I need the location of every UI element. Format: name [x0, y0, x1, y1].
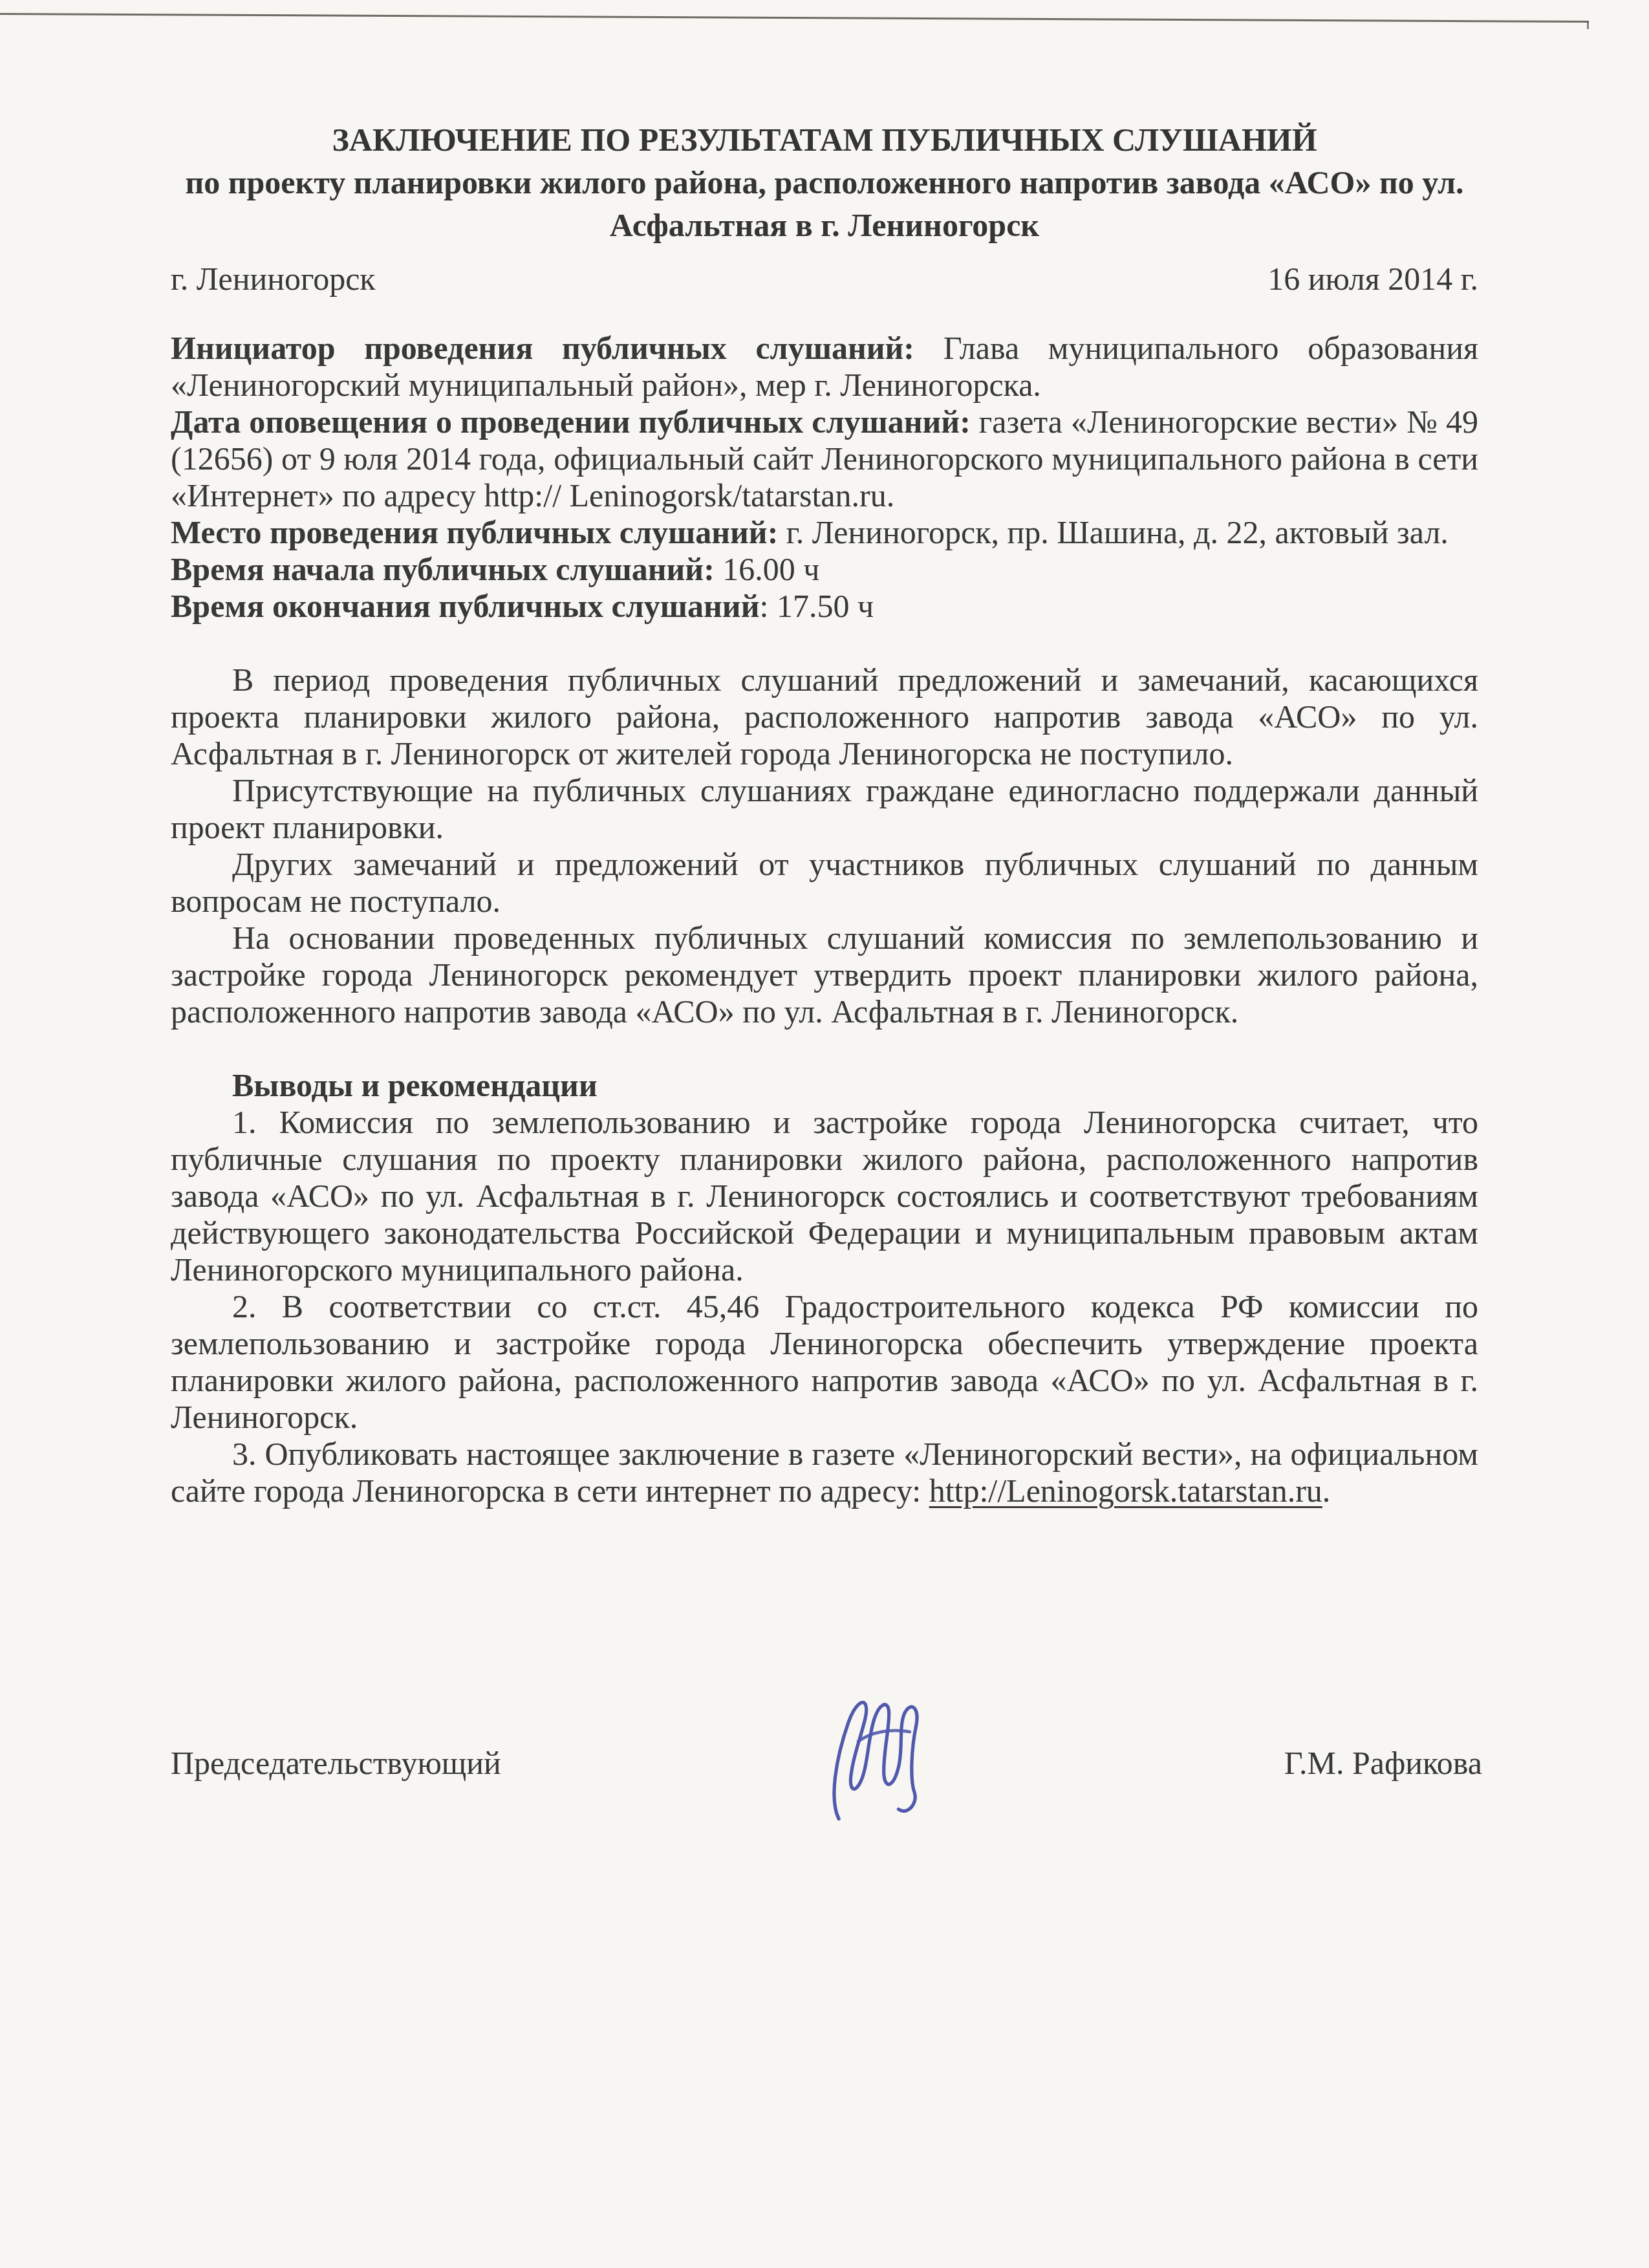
- dateline: г. Лениногорск 16 июля 2014 г.: [171, 261, 1478, 297]
- field-start-time-label: Время начала публичных слушаний:: [171, 551, 715, 587]
- paragraph-no-other-remarks: Других замечаний и предложений от участн…: [171, 846, 1478, 920]
- field-location-value: г. Лениногорск, пр. Шашина, д. 22, актов…: [778, 514, 1449, 550]
- spacer: [171, 1030, 1478, 1067]
- document-body: ЗАКЛЮЧЕНИЕ ПО РЕЗУЛЬТАТАМ ПУБЛИЧНЫХ СЛУШ…: [171, 118, 1478, 1509]
- conclusion-item-2: 2. В соответствии со ст.ст. 45,46 Градос…: [171, 1288, 1478, 1436]
- scan-edge-line-tick: [1587, 21, 1589, 29]
- field-initiator: Инициатор проведения публичных слушаний:…: [171, 330, 1478, 404]
- place-label: г. Лениногорск: [171, 261, 376, 297]
- scan-edge-line: [0, 13, 1589, 23]
- field-announcement-date-label: Дата оповещения о проведении публичных с…: [171, 404, 971, 440]
- conclusion-item-3: 3. Опубликовать настоящее заключение в г…: [171, 1436, 1478, 1509]
- date-label: 16 июля 2014 г.: [1267, 261, 1478, 297]
- field-location-label: Место проведения публичных слушаний:: [171, 514, 778, 550]
- field-start-time-value: 16.00 ч: [715, 551, 820, 587]
- website-url-text: http://Leninogorsk.tatarstan.ru: [929, 1473, 1322, 1509]
- field-end-time-value: : 17.50 ч: [759, 588, 874, 624]
- paragraph-commission-recommends: На основании проведенных публичных слуша…: [171, 920, 1478, 1030]
- field-announcement-date: Дата оповещения о проведении публичных с…: [171, 404, 1478, 514]
- title-line-3: Асфальтная в г. Лениногорск: [171, 204, 1478, 246]
- field-end-time-label: Время окончания публичных слушаний: [171, 588, 759, 624]
- scanned-document-page: ЗАКЛЮЧЕНИЕ ПО РЕЗУЛЬТАТАМ ПУБЛИЧНЫХ СЛУШ…: [0, 0, 1649, 2268]
- title-line-2: по проекту планировки жилого района, рас…: [171, 161, 1478, 204]
- conclusion-item-3-period: .: [1322, 1473, 1331, 1509]
- conclusion-item-1: 1. Комиссия по землепользованию и застро…: [171, 1104, 1478, 1288]
- field-location: Место проведения публичных слушаний: г. …: [171, 514, 1478, 551]
- paragraph-no-proposals: В период проведения публичных слушаний п…: [171, 662, 1478, 772]
- hearing-fields: Инициатор проведения публичных слушаний:…: [171, 330, 1478, 625]
- field-initiator-label: Инициатор проведения публичных слушаний:: [171, 330, 914, 366]
- conclusions-heading: Выводы и рекомендации: [171, 1067, 1478, 1104]
- document-title: ЗАКЛЮЧЕНИЕ ПО РЕЗУЛЬТАТАМ ПУБЛИЧНЫХ СЛУШ…: [171, 118, 1478, 246]
- title-line-1: ЗАКЛЮЧЕНИЕ ПО РЕЗУЛЬТАТАМ ПУБЛИЧНЫХ СЛУШ…: [171, 118, 1478, 161]
- paragraph-citizens-support: Присутствующие на публичных слушаниях гр…: [171, 772, 1478, 846]
- field-start-time: Время начала публичных слушаний: 16.00 ч: [171, 551, 1478, 588]
- signer-name-label: Г.М. Рафикова: [1284, 1745, 1482, 1782]
- handwritten-signature-ink: [825, 1687, 923, 1824]
- field-end-time: Время окончания публичных слушаний: 17.5…: [171, 588, 1478, 625]
- spacer: [171, 625, 1478, 662]
- signer-role-label: Председательствующий: [171, 1745, 501, 1782]
